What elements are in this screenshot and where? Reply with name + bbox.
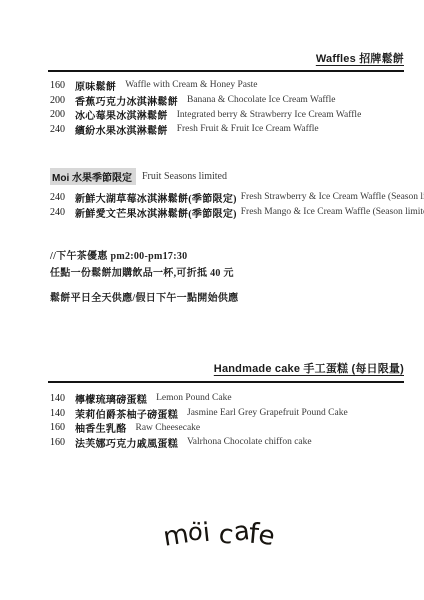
item-price: 140 <box>50 393 75 404</box>
item-name-zh: 柚香生乳酪 <box>75 420 127 435</box>
menu-item-row: 200 香蕉巧克力冰淇淋鬆餅 Banana & Chocolate Ice Cr… <box>50 93 410 108</box>
item-name-en: Lemon Pound Cake <box>156 393 231 403</box>
item-name-en: Fresh Fruit & Fruit Ice Cream Waffle <box>177 124 319 134</box>
item-price: 160 <box>50 422 75 433</box>
item-name-en: Valrhona Chocolate chiffon cake <box>187 437 312 447</box>
menu-item-row: 160 柚香生乳酪 Raw Cheesecake <box>50 420 410 435</box>
item-name-en: Jasmine Earl Grey Grapefruit Pound Cake <box>187 408 348 418</box>
seasonal-section-header: Moi 水果季節限定 Fruit Seasons limited <box>50 169 227 184</box>
waffles-item-list: 160 原味鬆餅 Waffle with Cream & Honey Paste… <box>50 78 410 137</box>
item-name-en: Waffle with Cream & Honey Paste <box>125 80 257 90</box>
menu-item-row: 200 冰心莓果冰淇淋鬆餅 Integrated berry & Strawbe… <box>50 107 410 122</box>
cake-section-header: Handmade cake 手工蛋糕 (每日限量) <box>48 360 404 383</box>
menu-item-row: 140 茉莉伯爵茶柚子磅蛋糕 Jasmine Earl Grey Grapefr… <box>50 406 410 421</box>
menu-item-row: 160 原味鬆餅 Waffle with Cream & Honey Paste <box>50 78 410 93</box>
menu-item-row: 140 檸檬琉璃磅蛋糕 Lemon Pound Cake <box>50 391 410 406</box>
item-price: 160 <box>50 437 75 448</box>
item-name-en: Raw Cheesecake <box>136 423 201 433</box>
tea-promo-note: //下午茶優惠 pm2:00-pm17:30 任點一份鬆餅加購飲品一杯,可折抵 … <box>50 248 234 282</box>
item-price: 160 <box>50 80 75 91</box>
item-name-zh: 新鮮大湖草莓冰淇淋鬆餅(季節限定) <box>75 190 237 205</box>
item-name-zh: 新鮮愛文芒果冰淇淋鬆餅(季節限定) <box>75 205 237 220</box>
cake-section-title: Handmade cake 手工蛋糕 (每日限量) <box>214 363 404 375</box>
item-name-en: Banana & Chocolate Ice Cream Waffle <box>187 95 335 105</box>
item-price: 240 <box>50 192 75 203</box>
item-price: 140 <box>50 408 75 419</box>
item-price: 240 <box>50 207 75 218</box>
waffles-section-header: Waffles 招牌鬆餅 <box>48 50 404 72</box>
tea-promo-line1: //下午茶優惠 pm2:00-pm17:30 <box>50 248 234 265</box>
item-name-en: Fresh Strawberry & Ice Cream Waffle (Sea… <box>241 192 424 202</box>
menu-page: Waffles 招牌鬆餅 160 原味鬆餅 Waffle with Cream … <box>0 0 424 600</box>
menu-item-row: 160 法芙娜巧克力戚風蛋糕 Valrhona Chocolate chiffo… <box>50 435 410 450</box>
item-price: 240 <box>50 124 75 135</box>
menu-item-row: 240 繽紛水果冰淇淋鬆餅 Fresh Fruit & Fruit Ice Cr… <box>50 122 410 137</box>
menu-item-row: 240 新鮮愛文芒果冰淇淋鬆餅(季節限定) Fresh Mango & Ice … <box>50 205 410 220</box>
item-name-zh: 檸檬琉璃磅蛋糕 <box>75 391 147 406</box>
moi-cafe-logo: möi cafe <box>163 516 303 556</box>
item-name-zh: 冰心莓果冰淇淋鬆餅 <box>75 107 168 122</box>
seasonal-title-en: Fruit Seasons limited <box>142 171 227 182</box>
item-name-zh: 茉莉伯爵茶柚子磅蛋糕 <box>75 406 178 421</box>
item-name-en: Integrated berry & Strawberry Ice Cream … <box>177 110 362 120</box>
tea-promo-line2: 任點一份鬆餅加購飲品一杯,可折抵 40 元 <box>50 265 234 282</box>
seasonal-title-zh: Moi 水果季節限定 <box>50 168 136 185</box>
item-price: 200 <box>50 109 75 120</box>
item-name-zh: 原味鬆餅 <box>75 78 116 93</box>
item-name-zh: 香蕉巧克力冰淇淋鬆餅 <box>75 93 178 108</box>
item-price: 200 <box>50 95 75 106</box>
waffles-section-title: Waffles 招牌鬆餅 <box>316 53 404 65</box>
seasonal-item-list: 240 新鮮大湖草莓冰淇淋鬆餅(季節限定) Fresh Strawberry &… <box>50 190 410 219</box>
service-hours-note: 鬆餅平日全天供應/假日下午一點開始供應 <box>50 291 238 306</box>
item-name-zh: 繽紛水果冰淇淋鬆餅 <box>75 122 168 137</box>
menu-item-row: 240 新鮮大湖草莓冰淇淋鬆餅(季節限定) Fresh Strawberry &… <box>50 190 410 205</box>
item-name-zh: 法芙娜巧克力戚風蛋糕 <box>75 435 178 450</box>
item-name-en: Fresh Mango & Ice Cream Waffle (Season l… <box>241 207 424 217</box>
cake-item-list: 140 檸檬琉璃磅蛋糕 Lemon Pound Cake 140 茉莉伯爵茶柚子… <box>50 391 410 450</box>
